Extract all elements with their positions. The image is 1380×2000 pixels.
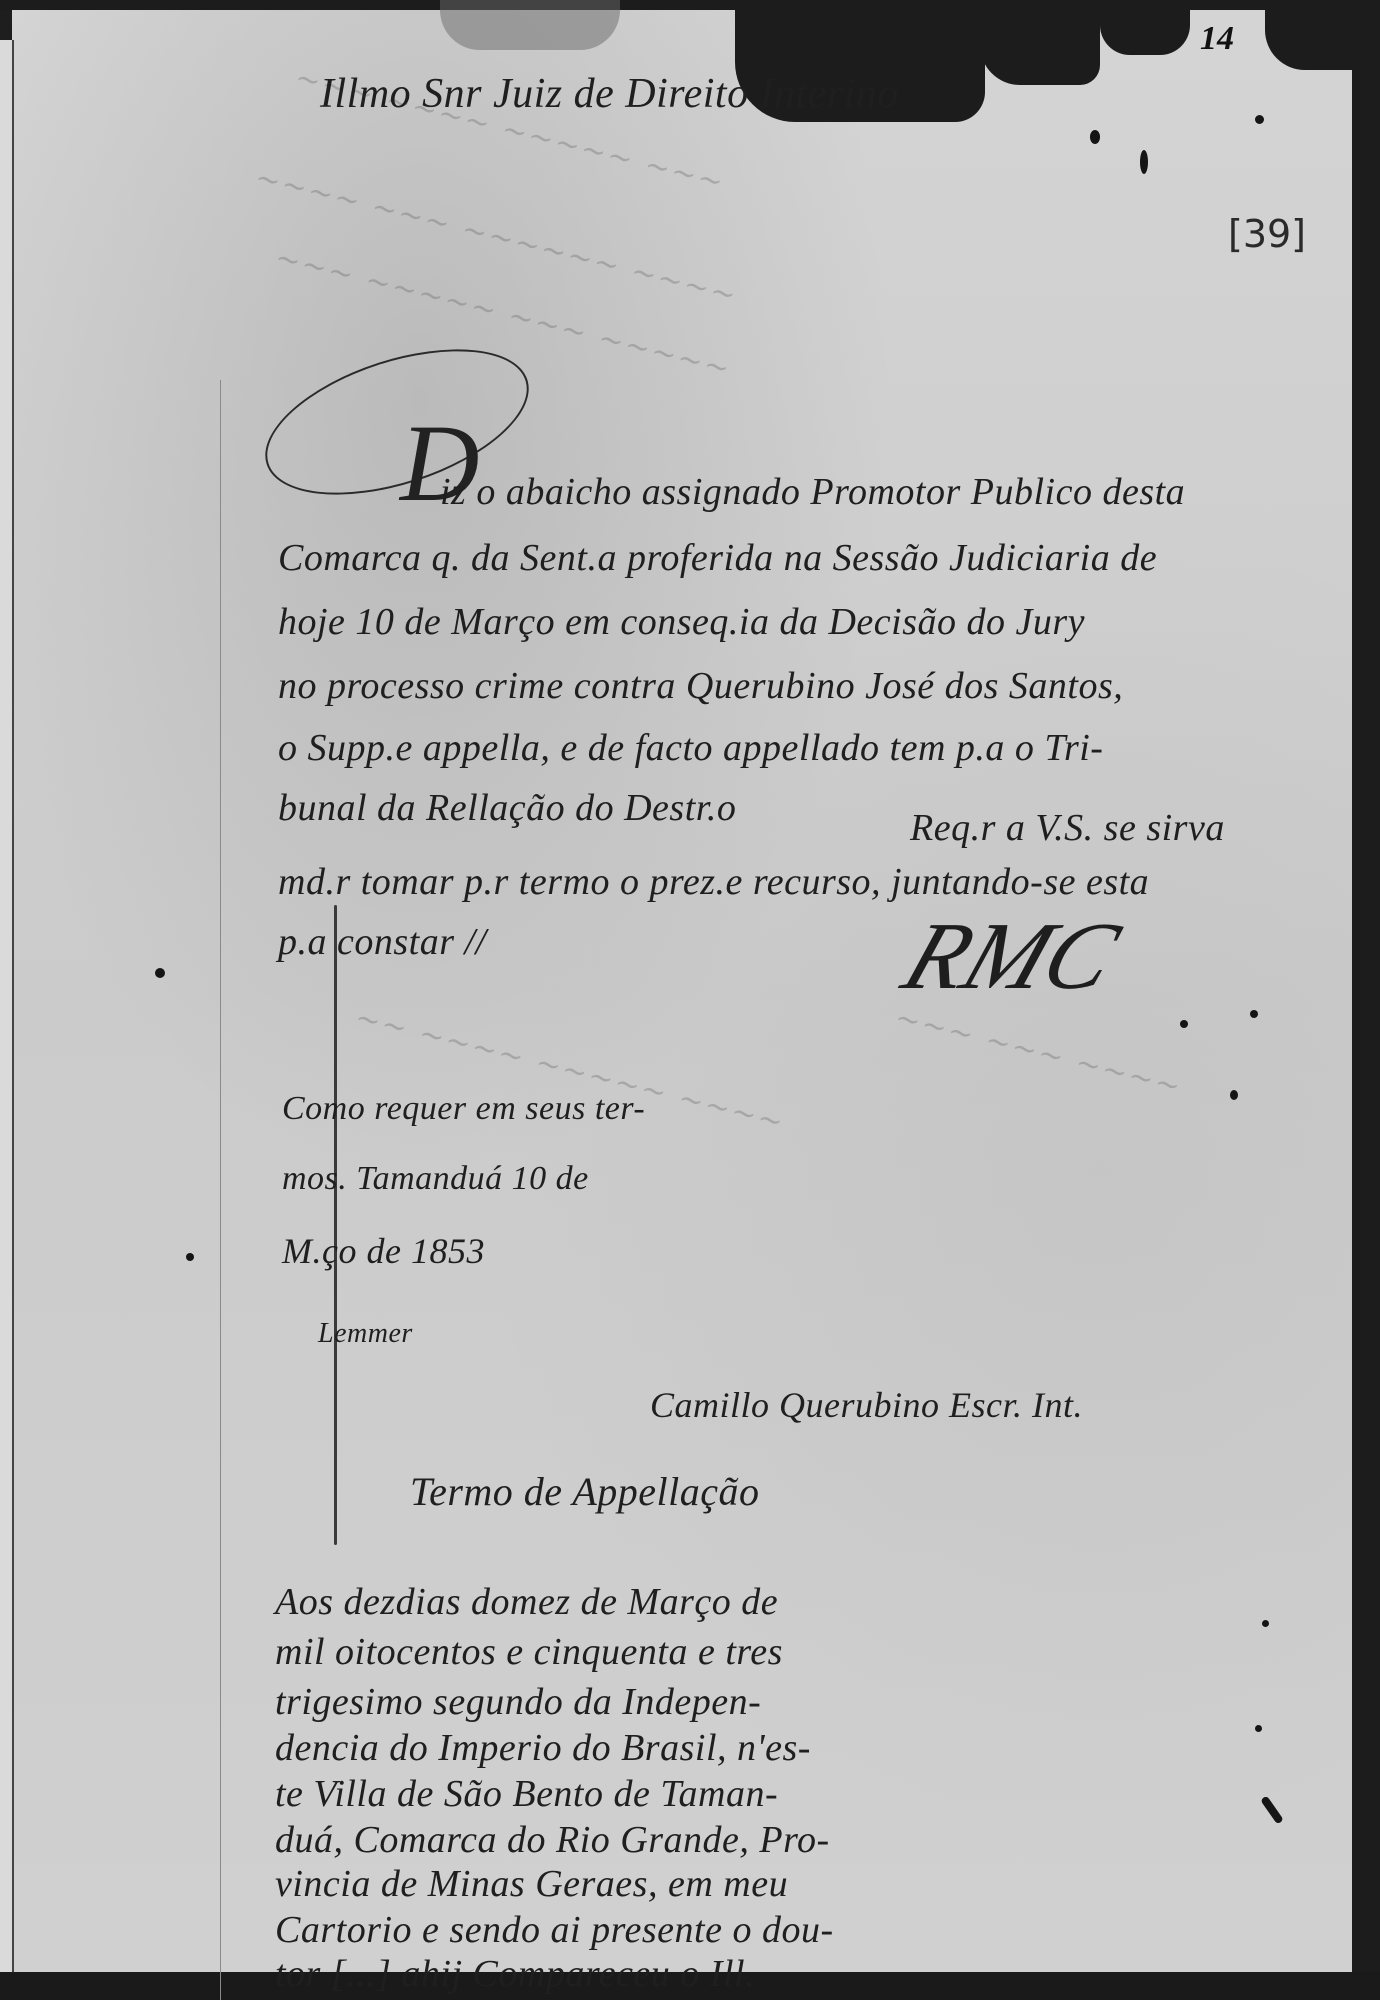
dispatch-line: Como requer em seus ter- xyxy=(282,1090,645,1128)
term-line: te Villa de São Bento de Taman- xyxy=(275,1772,778,1816)
term-line: dencia do Imperio do Brasil, n'es- xyxy=(275,1726,811,1770)
promoter-signature: RMC xyxy=(890,900,1133,1011)
petition-line: bunal da Rellação do Destr.o xyxy=(278,786,736,830)
torn-edge xyxy=(980,0,1100,85)
margin-bracket xyxy=(334,905,337,1545)
ink-spot xyxy=(186,1253,194,1261)
scan-border-right xyxy=(1352,0,1380,2000)
page-number-stamp: [39] xyxy=(1228,212,1306,256)
petition-line: Comarca q. da Sent.a proferida na Sessão… xyxy=(278,536,1157,580)
ink-spot xyxy=(1255,1725,1262,1732)
clerk-signature: Camillo Querubino Escr. Int. xyxy=(650,1384,1083,1426)
petition-line: Req.r a V.S. se sirva xyxy=(910,806,1225,850)
ink-spot xyxy=(1262,1620,1269,1627)
binding-edge xyxy=(0,40,14,2000)
term-heading: Termo de Appellação xyxy=(410,1468,759,1515)
ink-spot xyxy=(1180,1020,1188,1028)
term-line: mil oitocentos e cinquenta e tres xyxy=(275,1630,783,1674)
petition-line: p.a constar // xyxy=(278,920,487,964)
dispatch-line: mos. Tamanduá 10 de xyxy=(282,1160,589,1198)
ink-spot xyxy=(1230,1090,1238,1100)
margin-rule xyxy=(220,380,221,2000)
ink-spot xyxy=(1255,115,1264,124)
term-line: trigesimo segundo da Indepen- xyxy=(275,1680,761,1724)
ink-spot xyxy=(1090,130,1100,144)
petition-line: md.r tomar p.r termo o prez.e recurso, j… xyxy=(278,860,1149,904)
petition-line: iz o abaicho assignado Promotor Publico … xyxy=(440,470,1185,514)
ink-spot xyxy=(155,968,165,978)
torn-edge xyxy=(1100,0,1190,55)
torn-edge xyxy=(1265,0,1380,70)
term-line: Aos dezdias domez de Março de xyxy=(275,1580,778,1624)
dispatch-line: M.ço de 1853 xyxy=(282,1230,485,1272)
petition-line: o Supp.e appella, e de facto appellado t… xyxy=(278,726,1103,770)
folio-number: 14 xyxy=(1200,20,1234,58)
term-line: Cartorio e sendo ai presente o dou- xyxy=(275,1908,834,1952)
petition-line: hoje 10 de Março em conseq.ia da Decisão… xyxy=(278,600,1085,644)
salutation: Illmo Snr Juiz de Direito Interino xyxy=(320,70,899,118)
ink-spot xyxy=(1140,150,1148,174)
term-line: tor [...] ahij Compareceu o Ill. xyxy=(275,1952,755,1996)
water-stain xyxy=(440,0,620,50)
term-line: duá, Comarca do Rio Grande, Pro- xyxy=(275,1818,830,1862)
petition-line: no processo crime contra Querubino José … xyxy=(278,664,1123,708)
term-line: vincia de Minas Geraes, em meu xyxy=(275,1862,788,1906)
ink-spot xyxy=(1250,1010,1258,1018)
judge-signature: Lemmer xyxy=(318,1318,413,1350)
